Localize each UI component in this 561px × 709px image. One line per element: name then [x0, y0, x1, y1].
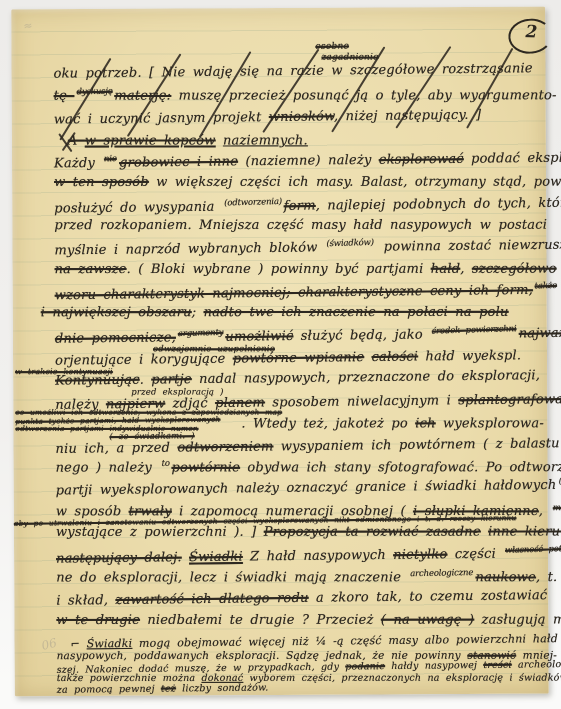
crossout-stroke — [331, 46, 386, 132]
crossout-stroke — [466, 48, 514, 129]
crossout-stroke — [198, 51, 251, 138]
crossout-stroke — [395, 46, 451, 129]
crossout-stroke — [59, 58, 111, 141]
crossout-stroke — [127, 53, 182, 137]
manuscript-page: ≈06 osobnezagadnienieoku potrzeb. [ Nie … — [11, 7, 549, 697]
page-number: 2 — [525, 22, 537, 42]
crossout-stroke — [262, 49, 319, 133]
struck-text: metalki cienkie i t. d. — [552, 502, 561, 514]
crossout-strokes-layer — [11, 7, 549, 697]
